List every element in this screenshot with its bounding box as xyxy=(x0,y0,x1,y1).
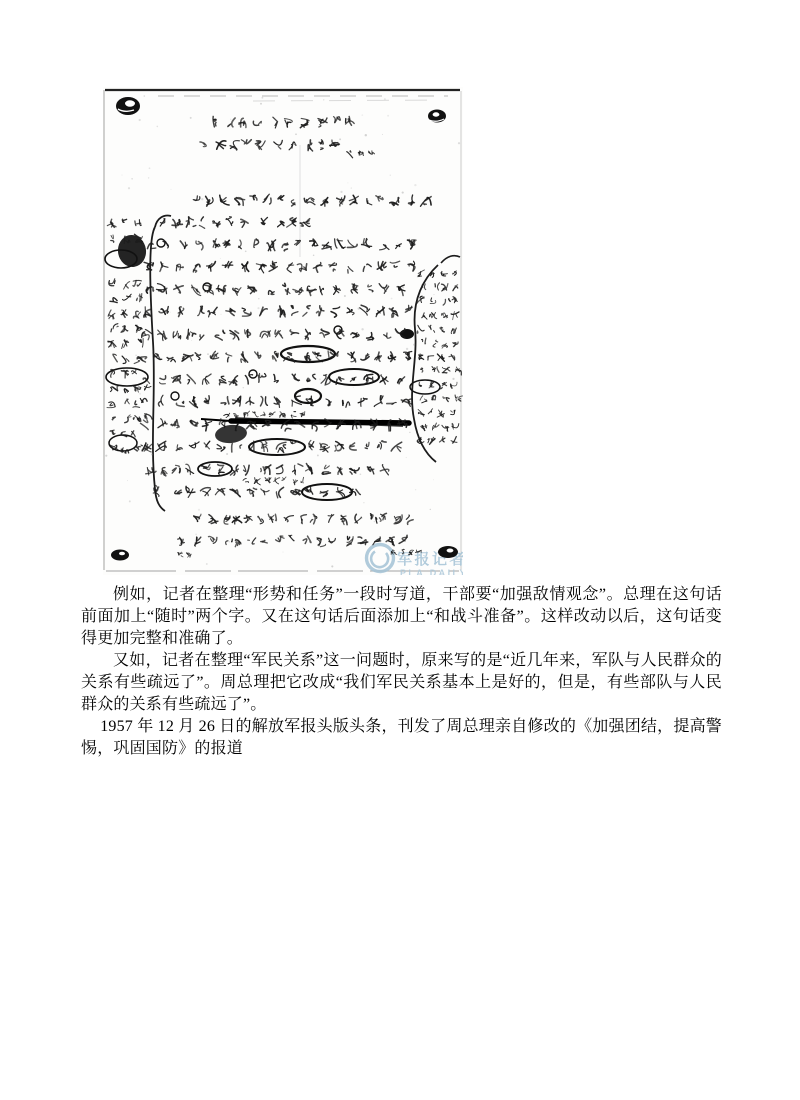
ink-stamp-top-right xyxy=(428,110,446,123)
document-page: 军报记者 PLA DAILY xyxy=(0,0,800,1100)
ink-stamp-top-left xyxy=(116,97,140,115)
watermark-en-text: PLA DAILY xyxy=(400,568,463,575)
paragraph-1: 例如，记者在整理“形势和任务”一段时写道，干部要“加强敌情观念”。总理在这句话前… xyxy=(81,584,722,650)
paragraph-2: 又如，记者在整理“军民关系”这一问题时，原来写的是“近几年来，军队与人民群众的关… xyxy=(81,650,722,716)
paragraph-3: 1957 年 12 月 26 日的解放军报头版头条，刊发了周总理亲自修改的《加强… xyxy=(81,716,722,760)
ink-blot-bottom-left xyxy=(111,550,129,561)
edit-marks xyxy=(105,233,440,500)
margin-brace-left xyxy=(150,215,171,511)
manuscript-scan: 军报记者 PLA DAILY xyxy=(103,87,463,575)
ink-blot-bottom-right xyxy=(438,546,458,558)
caption-text: 例如，记者在整理“形势和任务”一段时写道，干部要“加强敌情观念”。总理在这句话前… xyxy=(81,584,722,760)
